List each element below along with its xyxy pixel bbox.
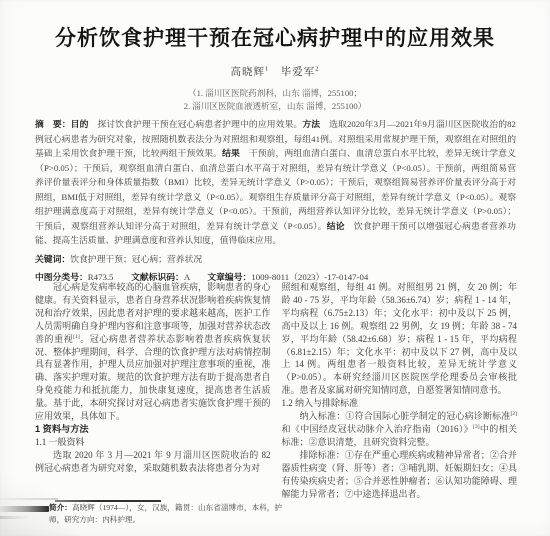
section-heading-1-2: 1.2 纳入与排除标准 (282, 397, 518, 410)
scan-smear-streak-bottom (0, 516, 28, 519)
abstract-text: 摘 要：目的 探讨饮食护理干预在冠心病患者护理中的应用效果。方法 选取2020年… (35, 117, 516, 248)
general-data-paragraph: 选取 2020 年 3 月—2021 年 9 月淄川区医院收治的 82 例冠心病… (35, 449, 271, 475)
affiliations-block: （1. 淄川区医院药剂科，山东 淄博，255100； 2. 淄川区医院血液透析室… (0, 87, 550, 113)
inclusion-paragraph: 纳入标准：①符合国际心脏学制定的冠心病诊断标准[2]和《中国经皮冠状动脉介入治疗… (282, 410, 518, 449)
authors-line: 高晓辉1 毕爱军2 (0, 64, 550, 79)
front-matter: 摘 要：目的 探讨饮食护理干预在冠心病患者护理中的应用效果。方法 选取2020年… (35, 117, 516, 285)
section-heading-1-1: 1.1 一般资料 (35, 436, 271, 449)
affiliation-line-1: （1. 淄川区医院药剂科，山东 淄博，255100； (0, 87, 550, 100)
paper-page: 分析饮食护理干预在冠心病护理中的应用效果 高晓辉1 毕爱军2 （1. 淄川区医院… (0, 0, 550, 536)
exclusion-paragraph: 排除标准：①存在严重心理疾病或精神异常者；②合并器质性病变（肾、肝等）者；③哺乳… (282, 449, 518, 501)
section-heading-1: 1 资料与方法 (35, 423, 271, 436)
author-bio-footnote: 简介：高晓辉（1974—），女，汉族，籍贯：山东省淄博市，本科，护师，研究方向：… (49, 502, 282, 525)
left-column: 冠心病是发病率较高的心脑血管疾病，影响患者的身心健康。有关资料显示，患者自身营养… (35, 281, 271, 500)
scan-smear-redaction-mark (0, 506, 49, 512)
right-column: 照组和观察组，每组 41 例。对照组男 21 例，女 20 例；年龄 40 - … (282, 281, 518, 500)
affiliation-line-2: 2. 淄川区医院血液透析室，山东 淄博，255100） (0, 100, 550, 113)
continuation-paragraph: 照组和观察组，每组 41 例。对照组男 21 例，女 20 例；年龄 40 - … (282, 281, 518, 397)
page-title: 分析饮食护理干预在冠心病护理中的应用效果 (0, 22, 550, 52)
intro-paragraph: 冠心病是发病率较高的心脑血管疾病，影响患者的身心健康。有关资料显示，患者自身营养… (35, 281, 271, 423)
keywords-line: 关键词：饮食护理干预；冠心病；营养状况 (35, 253, 516, 267)
body-columns: 冠心病是发病率较高的心脑血管疾病，影响患者的身心健康。有关资料显示，患者自身营养… (35, 281, 517, 500)
